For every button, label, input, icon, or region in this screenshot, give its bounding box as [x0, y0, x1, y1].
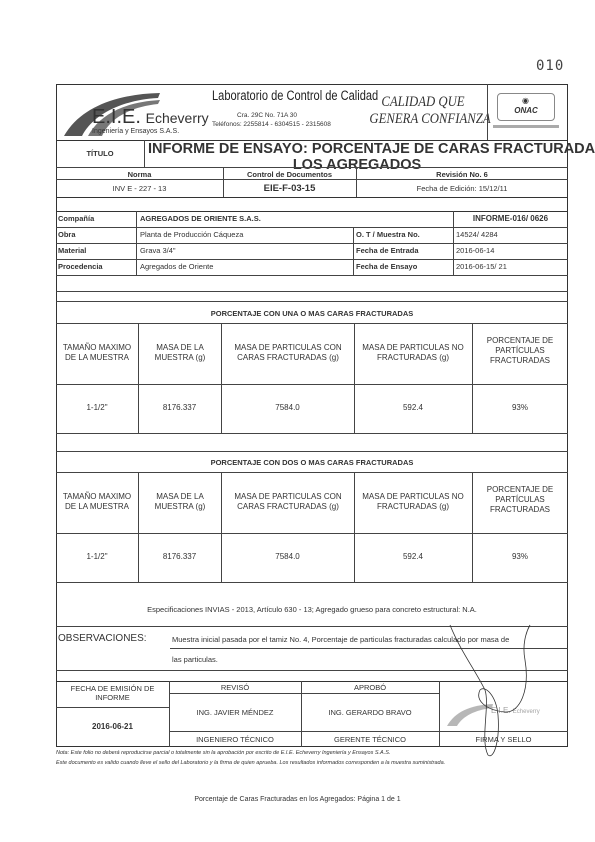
- page-footer: Porcentaje de Caras Fracturadas en los A…: [0, 796, 595, 803]
- section-1-title: PORCENTAJE CON UNA O MAS CARAS FRACTURAD…: [56, 309, 568, 318]
- logo-name: Echeverry: [146, 110, 209, 126]
- s2-col-percent: PORCENTAJE DE PARTÍCULAS FRACTURADAS: [476, 485, 564, 515]
- logo-initials: E.I.E.: [92, 106, 141, 128]
- section-2-title: PORCENTAJE CON DOS O MAS CARAS FRACTURAD…: [56, 458, 568, 467]
- material-value: Grava 3/4": [140, 246, 176, 255]
- norma-value: INV E - 227 - 13: [56, 184, 223, 193]
- onac-label: ONAC: [498, 106, 554, 115]
- company-logo: E.I.E. Echeverry Ingeniería y Ensayos S.…: [60, 88, 210, 138]
- specification-text: Especificaciones INVIAS - 2013, Artículo…: [56, 605, 568, 614]
- issue-date-label-2: INFORME: [56, 693, 169, 702]
- slogan-line-1: CALIDAD QUE: [376, 94, 470, 111]
- test-date-value: 2016-06-15/ 21: [456, 262, 507, 271]
- onac-icon: ◉: [522, 96, 529, 105]
- lab-address: Cra. 29C No. 71A 30: [212, 112, 322, 119]
- onac-badge: ◉ ONAC: [497, 93, 555, 121]
- s2-percent-value: 93%: [472, 552, 568, 561]
- s2-col-fractured-mass: MASA DE PARTICULAS CON CARAS FRACTURADAS…: [225, 492, 351, 512]
- reviewed-label: REVISÓ: [169, 683, 301, 692]
- s1-col-fractured-mass: MASA DE PARTICULAS CON CARAS FRACTURADAS…: [225, 343, 351, 363]
- folio-number: 010: [536, 58, 564, 74]
- s1-col-unfractured-mass: MASA DE PARTICULAS NO FRACTURADAS (g): [357, 343, 469, 363]
- s2-fractured-mass-value: 7584.0: [221, 552, 354, 561]
- report-number: INFORME-016/ 0626: [453, 214, 568, 223]
- s1-percent-value: 93%: [472, 403, 568, 412]
- ot-value: 14524/ 4284: [456, 230, 498, 239]
- company-label: Compañía: [58, 214, 94, 223]
- issue-date-label-1: FECHA DE EMISIÓN DE: [56, 684, 169, 693]
- origin-value: Agregados de Oriente: [140, 262, 213, 271]
- s2-sample-mass-value: 8176.337: [138, 552, 221, 561]
- control-label: Control de Documentos: [223, 170, 356, 179]
- obra-label: Obra: [58, 230, 76, 239]
- handwritten-signature: [430, 620, 550, 760]
- s1-unfractured-mass-value: 592.4: [354, 403, 472, 412]
- s2-col-size: TAMAÑO MAXIMO DE LA MUESTRA: [58, 492, 136, 512]
- lab-phones: Teléfonos: 2255814 - 6304515 - 2315608: [212, 121, 322, 128]
- edition-date: Fecha de Edición: 15/12/11: [356, 184, 568, 193]
- logo-subtitle: Ingeniería y Ensayos S.A.S.: [92, 128, 179, 135]
- approved-name: ING. GERARDO BRAVO: [301, 708, 439, 717]
- approved-label: APROBÓ: [301, 683, 439, 692]
- s2-unfractured-mass-value: 592.4: [354, 552, 472, 561]
- issue-date-value: 2016-06-21: [56, 722, 169, 731]
- s1-sample-mass-value: 8176.337: [138, 403, 221, 412]
- s2-col-unfractured-mass: MASA DE PARTICULAS NO FRACTURADAS (g): [357, 492, 469, 512]
- company-value: AGREGADOS DE ORIENTE S.A.S.: [140, 214, 261, 223]
- report-title-line-1: INFORME DE ENSAYO: PORCENTAJE DE CARAS F…: [148, 141, 566, 158]
- observations-line-2: las particulas.: [172, 655, 218, 664]
- title-label: TÍTULO: [56, 149, 144, 158]
- slogan-line-2: GENERA CONFIANZA: [369, 111, 475, 128]
- ot-label: O. T / Muestra No.: [356, 230, 420, 239]
- origin-label: Procedencia: [58, 262, 103, 271]
- s1-col-percent: PORCENTAJE DE PARTÍCULAS FRACTURADAS: [476, 336, 564, 366]
- s1-size-value: 1-1/2": [56, 403, 138, 412]
- s2-col-sample-mass: MASA DE LA MUESTRA (g): [146, 492, 214, 512]
- s1-fractured-mass-value: 7584.0: [221, 403, 354, 412]
- material-label: Material: [58, 246, 86, 255]
- entry-date-label: Fecha de Entrada: [356, 246, 419, 255]
- reviewed-name: ING. JAVIER MÉNDEZ: [169, 708, 301, 717]
- note-line-2: Este documento es valido cuando lleve el…: [56, 760, 445, 766]
- observations-label: OBSERVACIONES:: [58, 633, 147, 644]
- s1-col-sample-mass: MASA DE LA MUESTRA (g): [146, 343, 214, 363]
- note-line-1: Nota: Este folio no deberá reproducirse …: [56, 750, 390, 756]
- control-value: EIE-F-03-15: [223, 183, 356, 194]
- test-date-label: Fecha de Ensayo: [356, 262, 417, 271]
- s1-col-size: TAMAÑO MAXIMO DE LA MUESTRA: [58, 343, 136, 363]
- obra-value: Planta de Producción Cáqueza: [140, 230, 243, 239]
- reviewed-role: INGENIERO TÉCNICO: [169, 735, 301, 744]
- revision-label: Revisión No. 6: [356, 170, 568, 179]
- norma-label: Norma: [56, 170, 223, 179]
- lab-title: Laboratorio de Control de Calidad: [212, 88, 378, 103]
- approved-role: GERENTE TÉCNICO: [301, 735, 439, 744]
- s2-size-value: 1-1/2": [56, 552, 138, 561]
- entry-date-value: 2016-06-14: [456, 246, 494, 255]
